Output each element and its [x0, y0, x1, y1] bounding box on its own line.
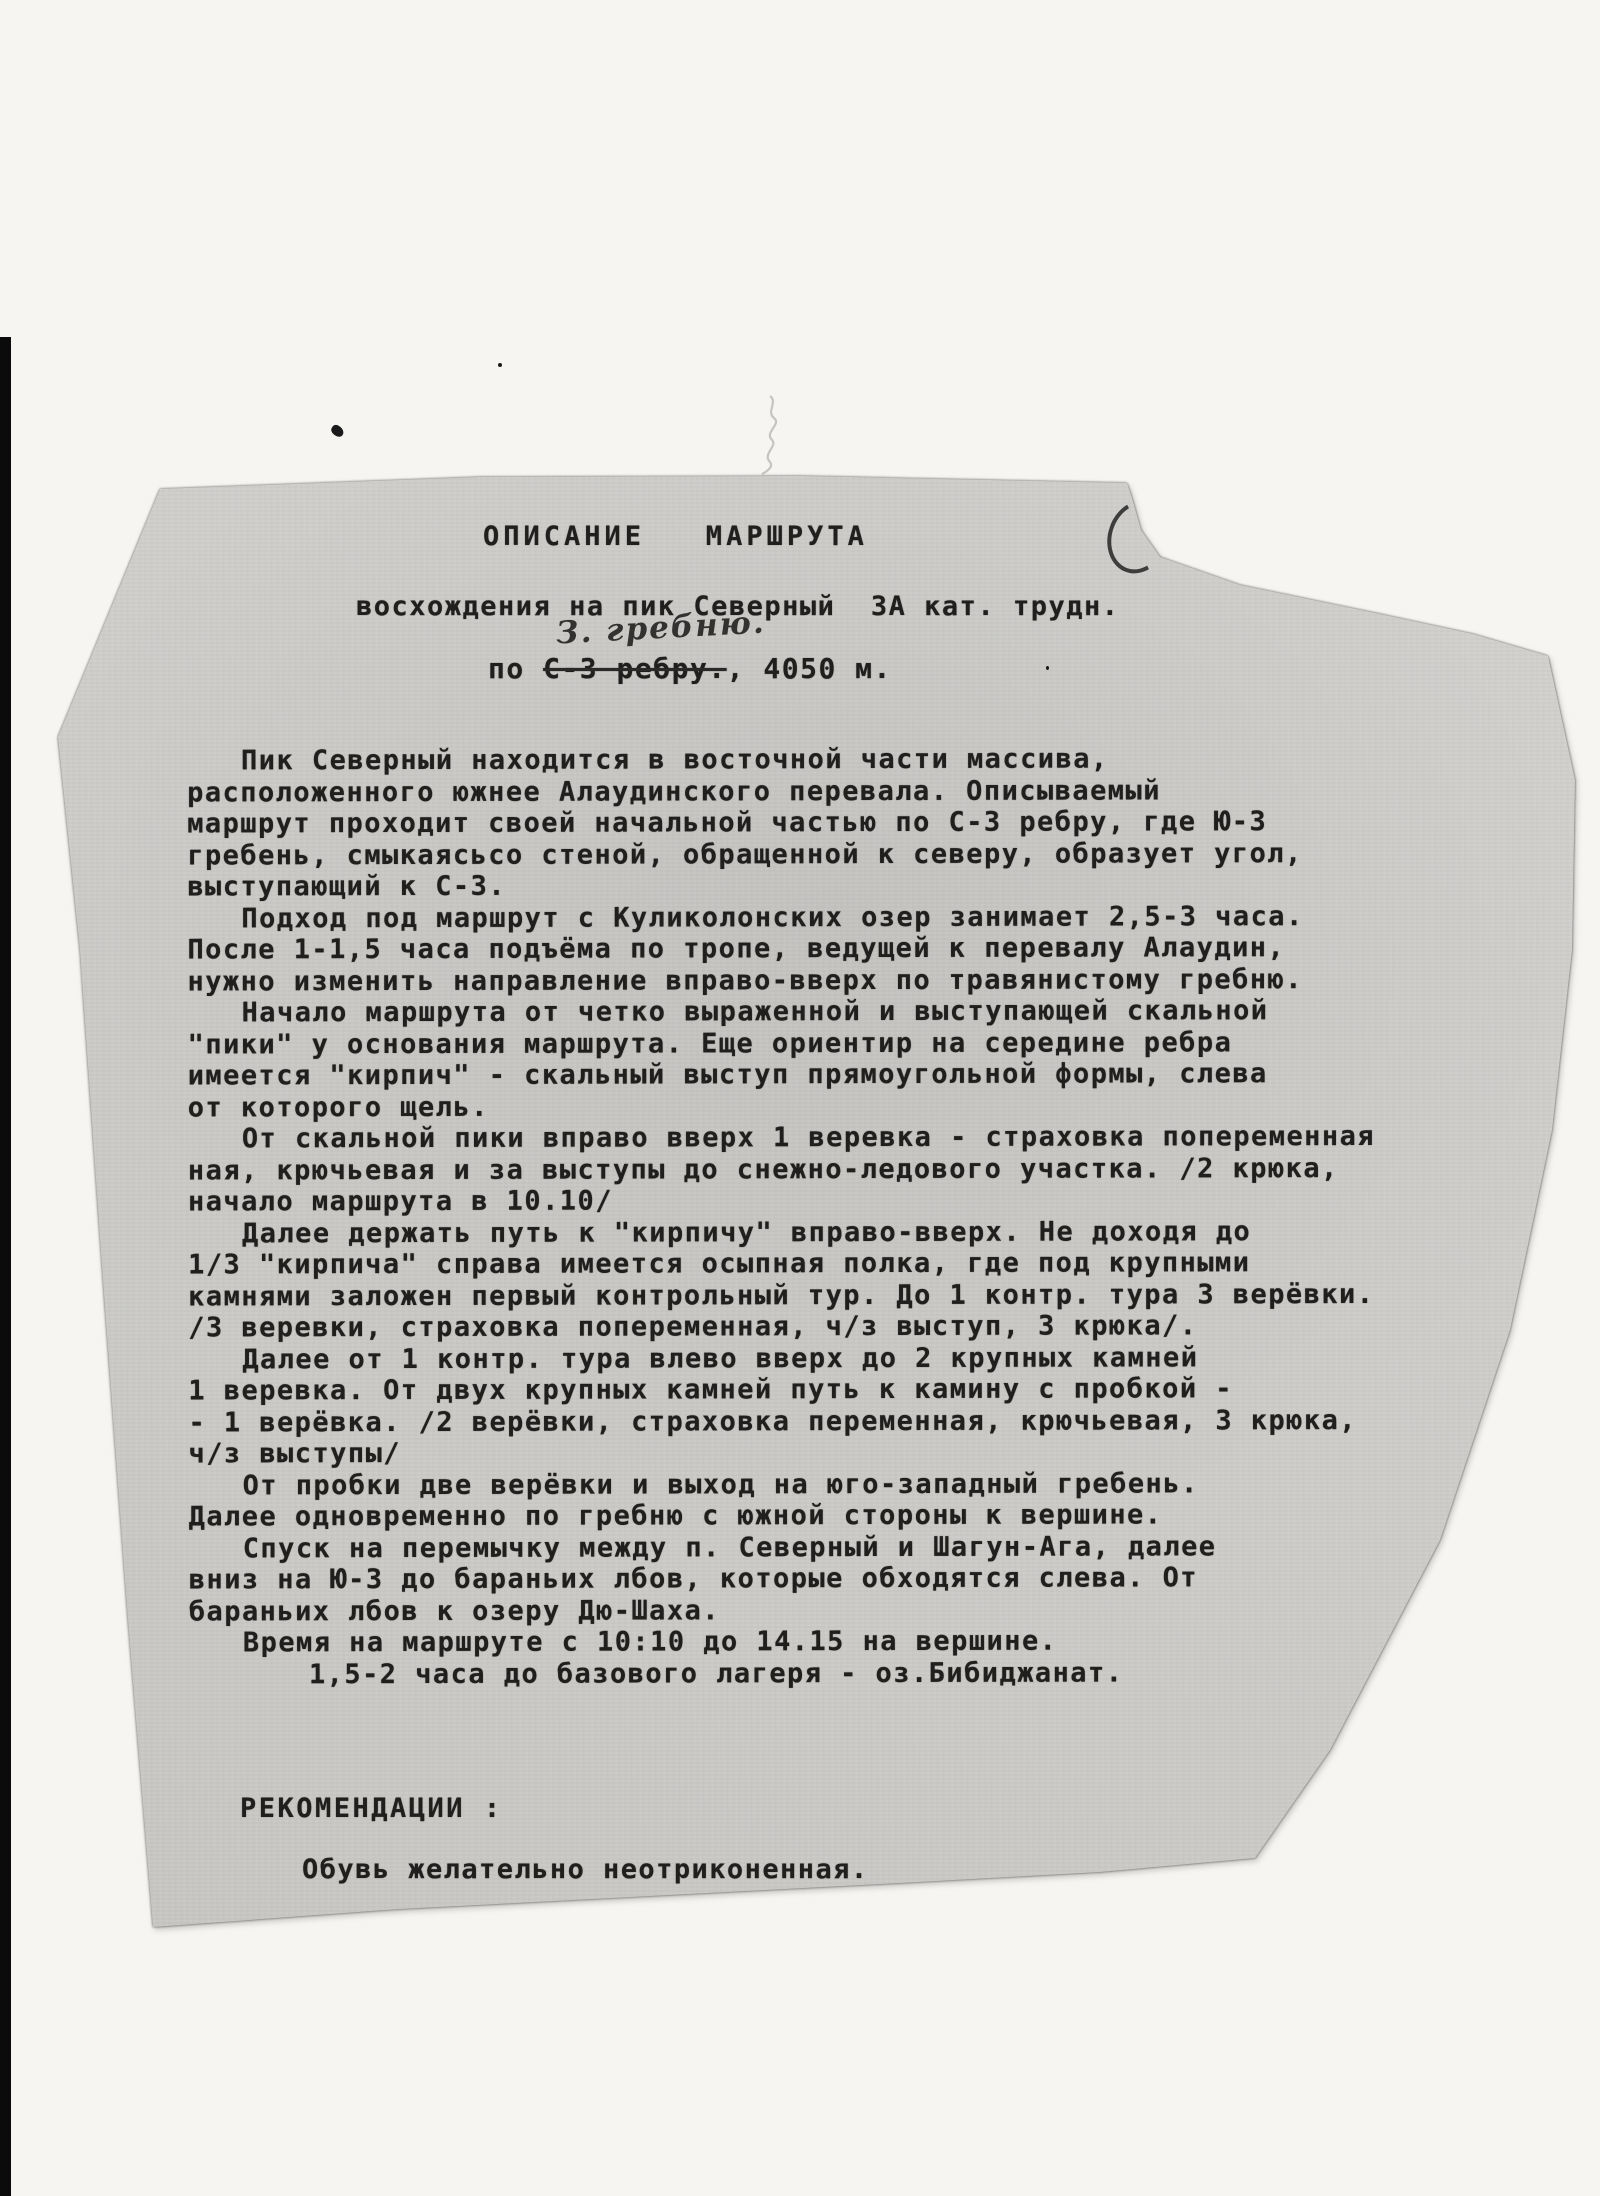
body-line: После 1-1,5 часа подъёма по тропе, ведущ…: [187, 932, 1587, 966]
body-line: /3 веревки, страховка попеременная, ч/з …: [188, 1310, 1588, 1344]
body-line: Пик Северный находится в восточной части…: [187, 743, 1587, 777]
body-line: - 1 верёвка. /2 верёвки, страховка перем…: [188, 1404, 1588, 1438]
pencil-scribble: [748, 392, 788, 477]
body-line: гребень, смыкаясьсо стеной, обращенной к…: [187, 837, 1587, 871]
route-struck-text: С-З ребру.: [543, 652, 727, 685]
ink-speck: [498, 363, 502, 367]
body-line: бараньих лбов к озеру Дю-Шаха.: [189, 1593, 1589, 1627]
body-line: Спуск на перемычку между п. Северный и Ш…: [189, 1530, 1589, 1564]
ink-speck: [1046, 666, 1049, 670]
scanned-photo-page: { "page": { "background_color": "#f6f5f2…: [0, 0, 1600, 2196]
body-line: маршрут проходит своей начальной частью …: [187, 806, 1587, 840]
body-line: ная, крючьевая и за выступы до снежно-ле…: [188, 1152, 1588, 1186]
body-line: Время на маршруте с 10:10 до 14.15 на ве…: [189, 1625, 1589, 1659]
body-line: 1 веревка. От двух крупных камней путь к…: [188, 1373, 1588, 1407]
body-line: От пробки две верёвки и выход на юго-зап…: [189, 1467, 1589, 1501]
body-line: Далее одновременно по гребню с южной сто…: [189, 1499, 1589, 1533]
route-prefix: по: [488, 652, 543, 685]
body-line: Далее держать путь к "кирпичу" вправо-вв…: [188, 1215, 1588, 1249]
route-line: по С-З ребру., 4050 м.: [488, 652, 892, 685]
body-text: Пик Северный находится в восточной части…: [187, 743, 1589, 1691]
body-line: имеется "кирпич" - скальный выступ прямо…: [188, 1058, 1588, 1092]
body-line: От скальной пики вправо вверх 1 веревка …: [188, 1121, 1588, 1155]
body-line: Начало маршрута от четко выраженной и вы…: [188, 995, 1588, 1029]
document-title: ОПИСАНИЕ МАРШРУТА: [483, 521, 868, 552]
body-line: 1/3 "кирпича" справа имеется осыпная пол…: [188, 1247, 1588, 1281]
body-line: 1,5-2 часа до базового лагеря - оз.Бибид…: [189, 1656, 1589, 1690]
body-line: Подход под маршрут с Куликолонских озер …: [187, 900, 1587, 934]
recommendations-text: Обувь желательно неотриконенная.: [302, 1854, 869, 1885]
recommendations-heading: РЕКОМЕНДАЦИИ :: [240, 1793, 503, 1824]
body-line: вниз на Ю-З до бараньих лбов, которые об…: [189, 1562, 1589, 1596]
body-line: выступающий к С-З.: [187, 869, 1587, 903]
body-line: от которого щель.: [188, 1089, 1588, 1123]
body-line: камнями заложен первый контрольный тур. …: [188, 1278, 1588, 1312]
body-line: Далее от 1 контр. тура влево вверх до 2 …: [188, 1341, 1588, 1375]
body-line: начало маршрута в 10.10/: [188, 1184, 1588, 1218]
body-line: расположенного южнее Алаудинского перева…: [187, 774, 1587, 808]
route-suffix: , 4050 м.: [727, 652, 892, 685]
body-line: ч/з выступы/: [188, 1436, 1588, 1470]
body-line: "пики" у основания маршрута. Еще ориенти…: [188, 1026, 1588, 1060]
body-line: нужно изменить направление вправо-вверх …: [187, 963, 1587, 997]
